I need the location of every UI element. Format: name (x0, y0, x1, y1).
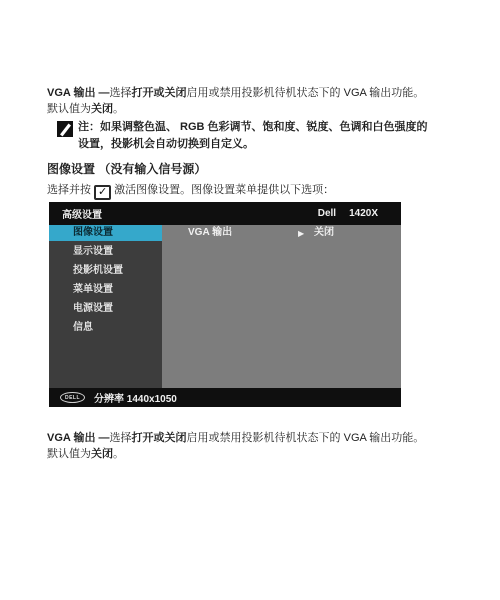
osd-sidebar: 图像设置 显示设置 投影机设置 菜单设置 电源设置 信息 (49, 225, 162, 388)
enter-check-icon: ✓ (94, 185, 111, 200)
dell-logo-icon: DELL (60, 392, 85, 403)
vga-output-row-label: VGA 输出 (188, 225, 232, 241)
sidebar-item-information[interactable]: 信息 (49, 320, 162, 336)
osd-statusbar: DELL 分辨率 1440x1050 (49, 388, 401, 407)
vga-output-row-value: 关闭 (314, 225, 334, 241)
vga-output-paragraph-bottom: VGA 输出 —选择打开或关闭启用或禁用投影机待机状态下的 VGA 输出功能。默… (47, 430, 424, 462)
note-text: 注：如果调整色温、 RGB 色彩调节、饱和度、锐度、色调和白色强度的设置，投影机… (78, 119, 428, 152)
manual-page: VGA 输出 —选择打开或关闭启用或禁用投影机待机状态下的 VGA 输出功能。默… (0, 0, 500, 600)
osd-model-label: 1420X (349, 208, 378, 219)
osd-menu-screenshot: 高级设置 Dell 1420X 图像设置 显示设置 投影机设置 菜单设置 电源设… (49, 202, 401, 407)
osd-body: 图像设置 显示设置 投影机设置 菜单设置 电源设置 信息 VGA 输出 ▶ 关闭 (49, 225, 401, 388)
resolution-status: 分辨率 1440x1050 (94, 390, 177, 405)
resolution-label: 分辨率 (94, 394, 124, 405)
vga-output-paragraph-top: VGA 输出 —选择打开或关闭启用或禁用投影机待机状态下的 VGA 输出功能。默… (47, 85, 424, 117)
section-heading: 图像设置 （没有输入信号源） (47, 160, 206, 177)
osd-titlebar: 高级设置 Dell 1420X (49, 202, 401, 225)
sidebar-item-power-settings[interactable]: 电源设置 (49, 301, 162, 317)
note-pencil-icon (57, 121, 73, 137)
right-arrow-icon: ▶ (298, 226, 304, 242)
sidebar-item-display-settings[interactable]: 显示设置 (49, 244, 162, 260)
resolution-value: 1440x1050 (127, 394, 177, 405)
sidebar-item-menu-settings[interactable]: 菜单设置 (49, 282, 162, 298)
osd-menu-title: 高级设置 (49, 206, 102, 221)
note-block: 注：如果调整色温、 RGB 色彩调节、饱和度、锐度、色调和白色强度的设置，投影机… (57, 119, 428, 152)
osd-content-pane: VGA 输出 ▶ 关闭 (162, 225, 401, 388)
vga-output-row[interactable]: VGA 输出 ▶ 关闭 (162, 225, 401, 241)
sidebar-item-image-settings[interactable]: 图像设置 (49, 225, 166, 241)
sidebar-item-projector-settings[interactable]: 投影机设置 (49, 263, 162, 279)
osd-brand-label: Dell (318, 208, 336, 219)
activate-instruction: 选择并按 ✓ 激活图像设置。图像设置菜单提供以下选项： (47, 182, 334, 200)
